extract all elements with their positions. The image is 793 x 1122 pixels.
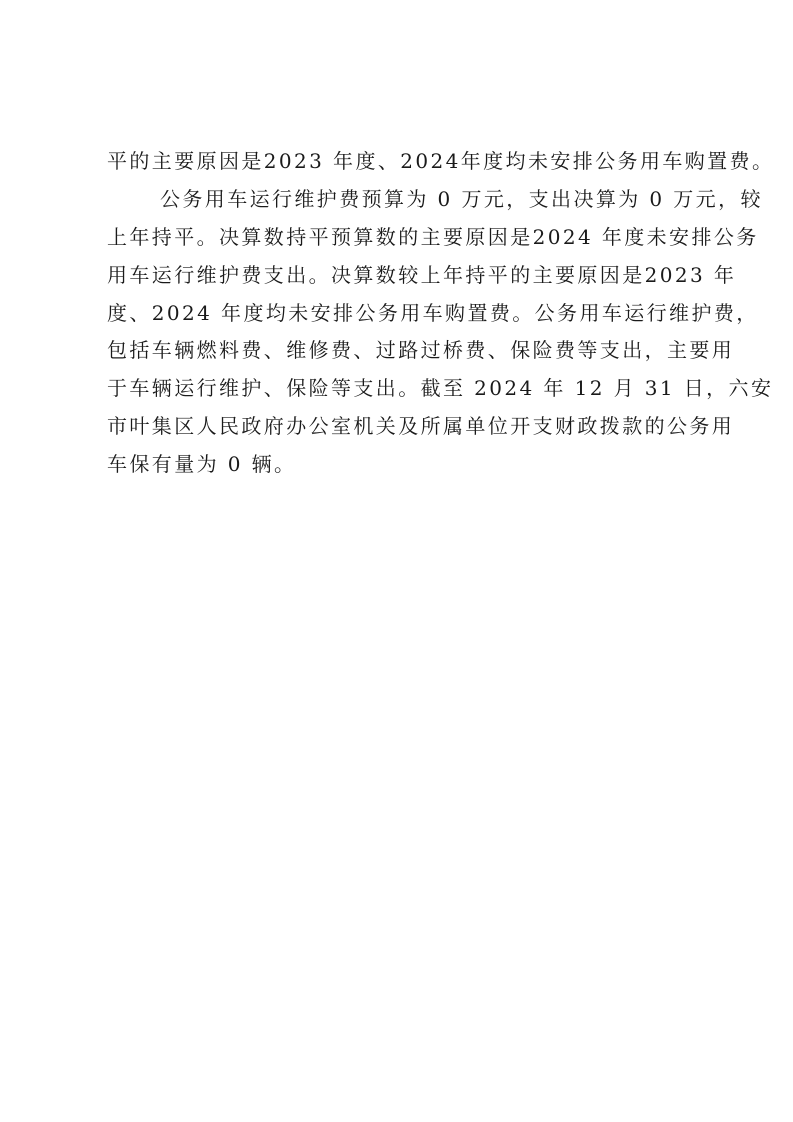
text-line: 于车辆运行维护、保险等支出。截至 2024 年 12 月 31 日，六安 — [107, 370, 697, 408]
text-line: 用车运行维护费支出。决算数较上年持平的主要原因是2023 年 — [107, 257, 697, 295]
paragraph-vehicle-maintenance: 公务用车运行维护费预算为 0 万元，支出决算为 0 万元，较 上年持平。决算数持… — [107, 181, 697, 484]
text-line: 度、2024 年度均未安排公务用车购置费。公务用车运行维护费， — [107, 295, 697, 333]
text-line: 市叶集区人民政府办公室机关及所属单位开支财政拨款的公务用 — [107, 408, 697, 446]
text-line: 平的主要原因是2023 年度、2024年度均未安排公务用车购置费。 — [107, 143, 697, 181]
text-line: 包括车辆燃料费、维修费、过路过桥费、保险费等支出，主要用 — [107, 332, 697, 370]
document-body: 平的主要原因是2023 年度、2024年度均未安排公务用车购置费。 公务用车运行… — [107, 143, 697, 484]
text-line: 公务用车运行维护费预算为 0 万元，支出决算为 0 万元，较 — [107, 181, 697, 219]
text-line: 车保有量为 0 辆。 — [107, 446, 697, 484]
text-line: 上年持平。决算数持平预算数的主要原因是2024 年度未安排公务 — [107, 219, 697, 257]
paragraph-continuation: 平的主要原因是2023 年度、2024年度均未安排公务用车购置费。 — [107, 143, 697, 181]
document-page: 平的主要原因是2023 年度、2024年度均未安排公务用车购置费。 公务用车运行… — [0, 0, 793, 1122]
